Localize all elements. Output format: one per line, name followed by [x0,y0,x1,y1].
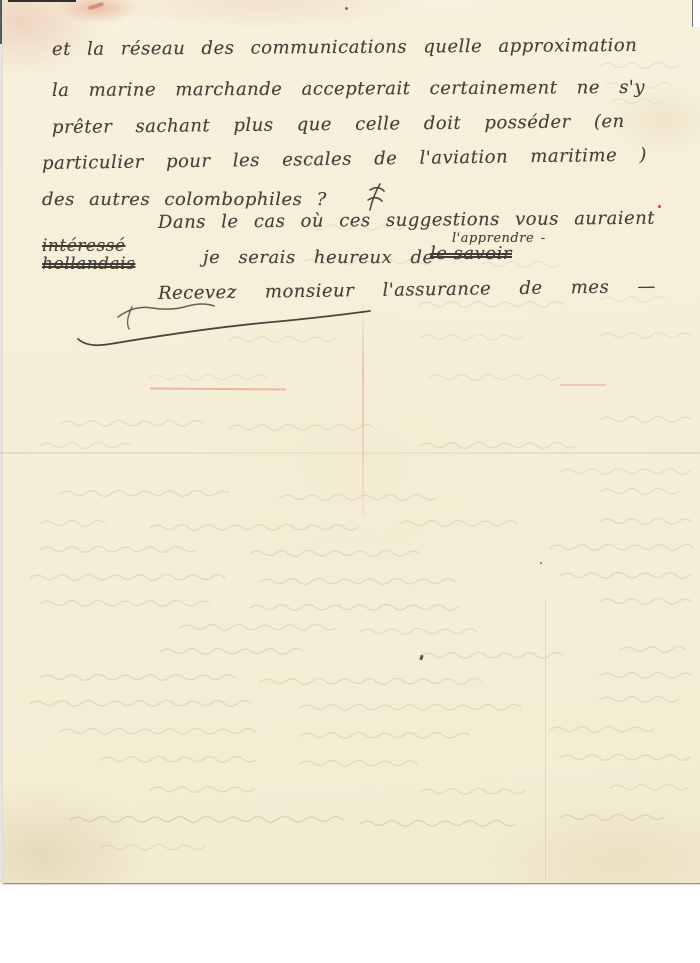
scanned-letter: et la réseau des communications quelle a… [0,0,700,883]
struck-word-interesse: intéressé [42,236,125,256]
handwritten-line-1: et la réseau des communications quelle a… [52,35,637,60]
handwritten-line-6: Dans le cas où ces suggestions vous aura… [158,208,655,233]
struck-word-hollandais: hollandais [42,254,135,274]
handwritten-line-2: la marine marchande accepterait certaine… [52,77,645,101]
handwritten-line-5: des autres colombophiles ? [42,189,327,210]
paraph-end-mark-icon [366,182,388,212]
signature-flourish [70,295,390,355]
handwritten-line-7: je serais heureux de [203,247,434,268]
struck-word-le-savoir: le savoir [430,243,512,264]
